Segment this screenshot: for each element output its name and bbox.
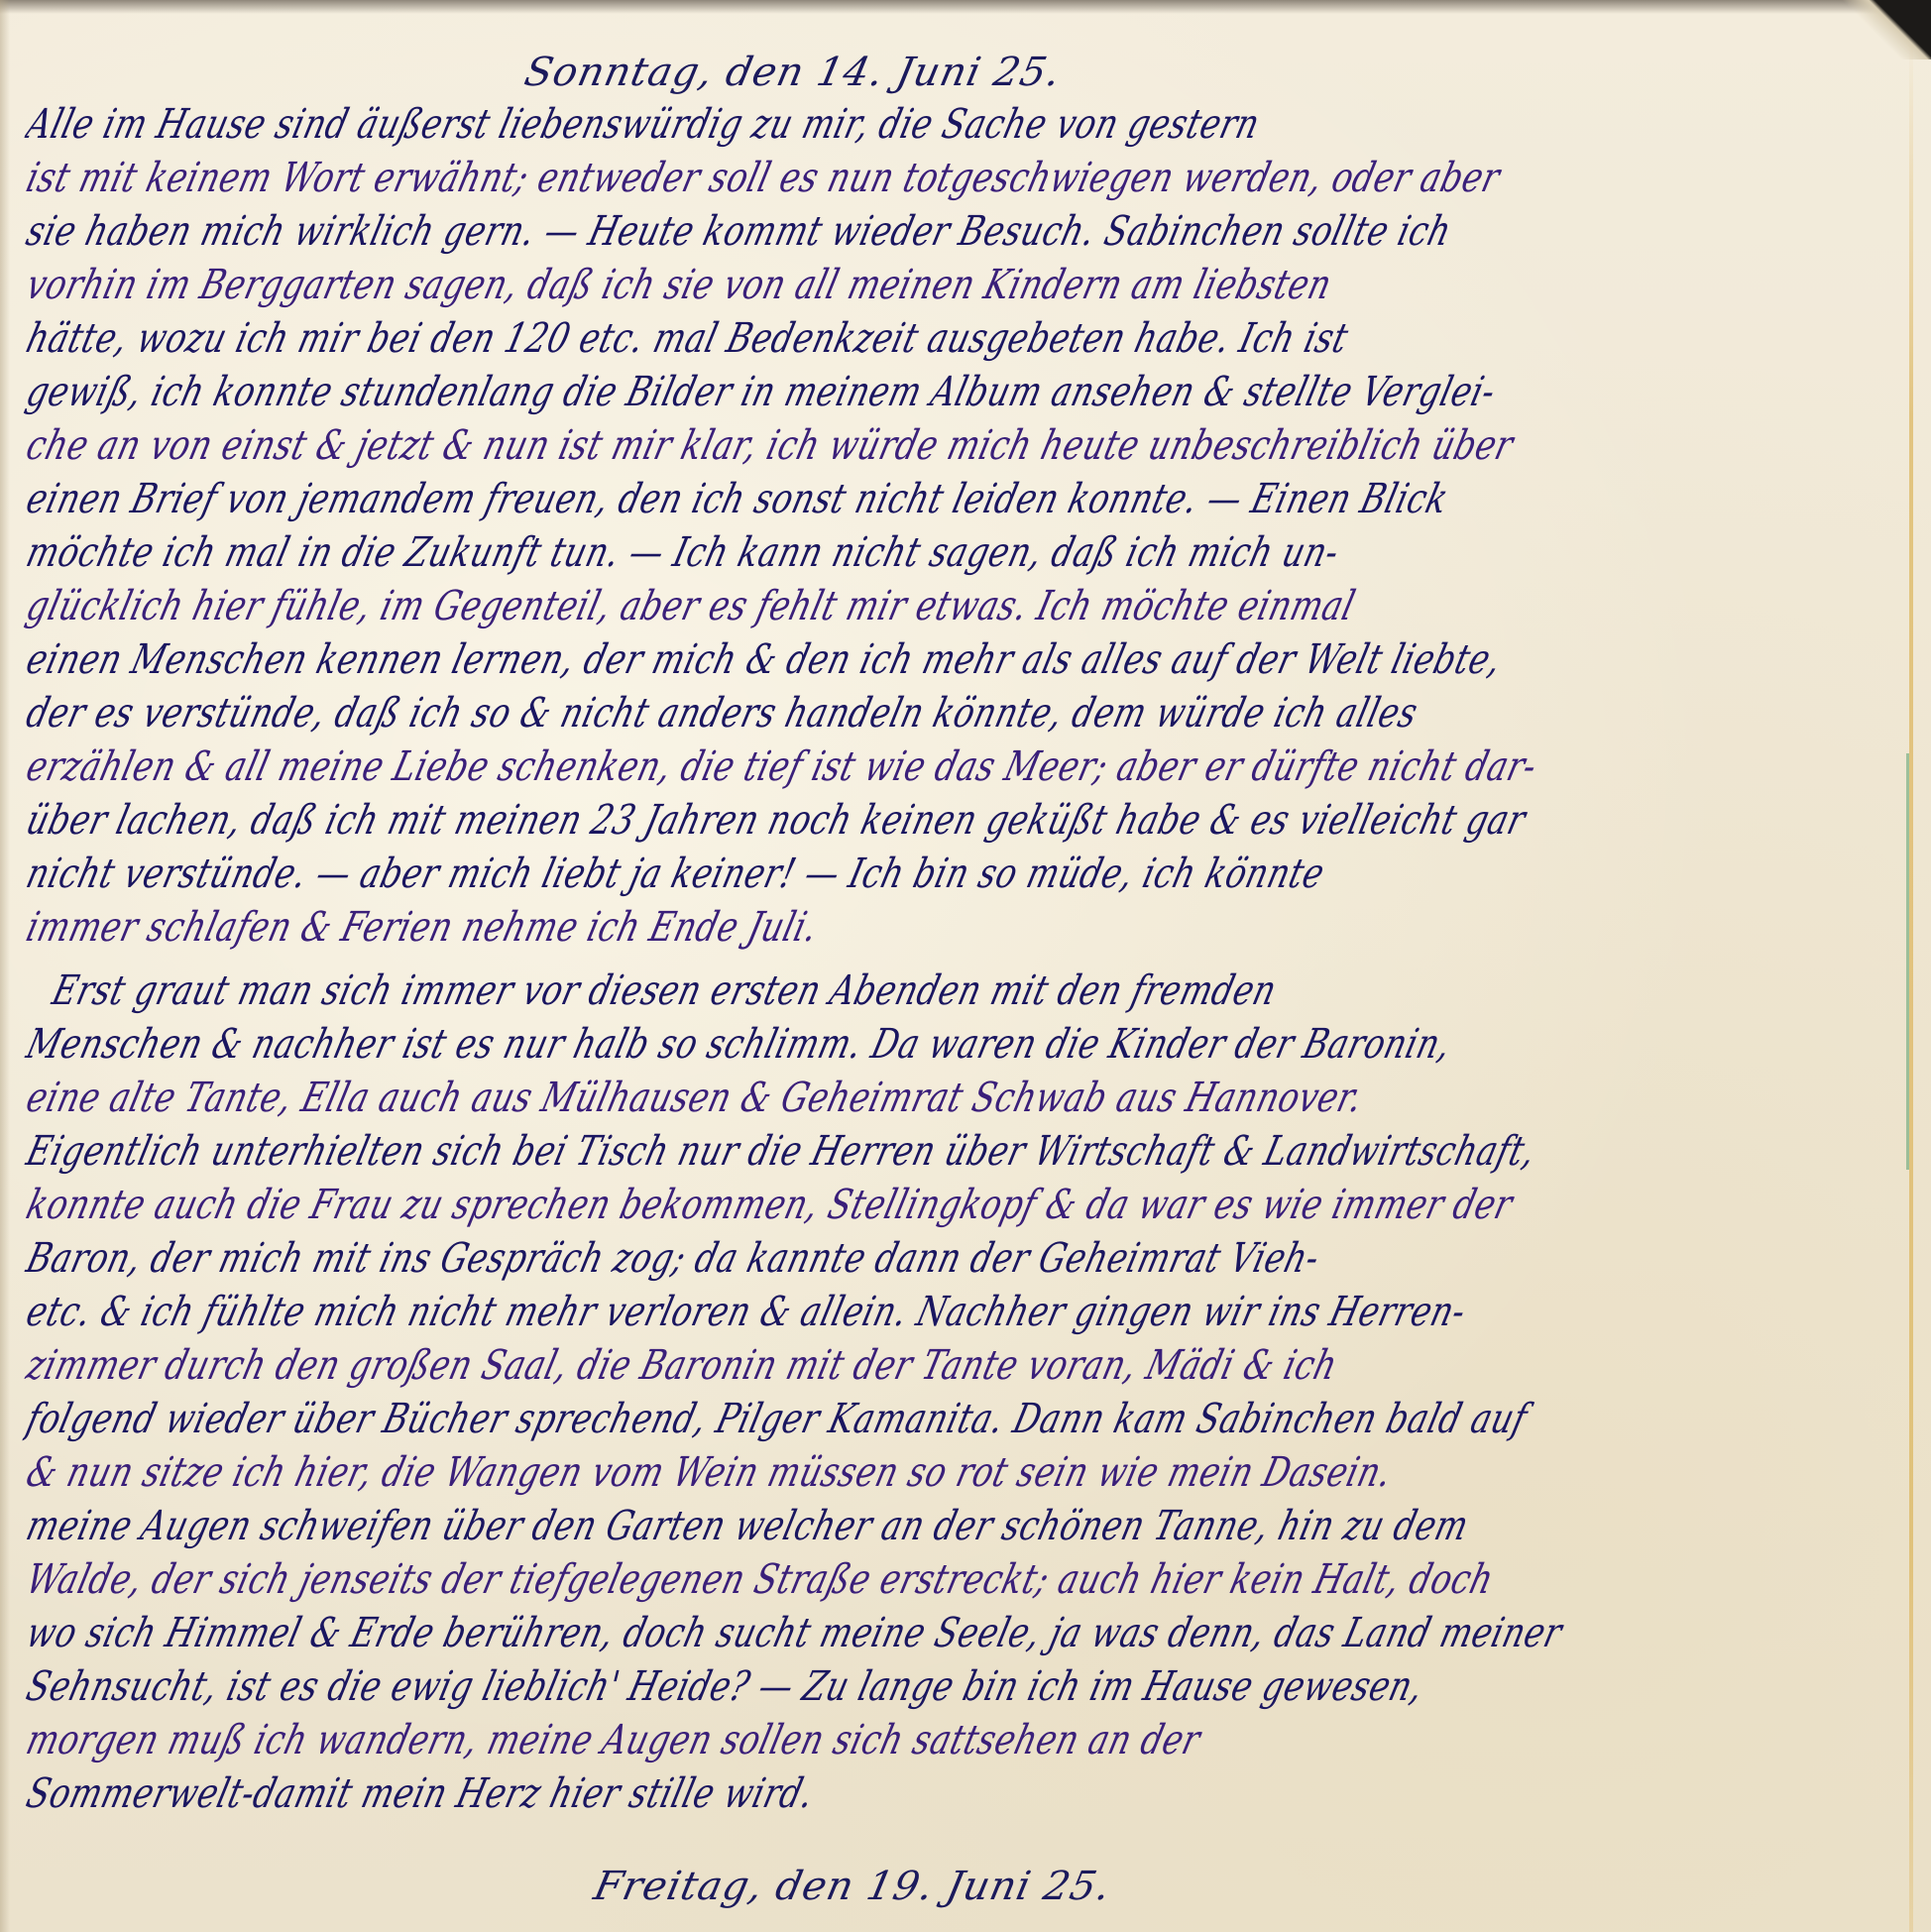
diary-line: Alle im Hause sind äußerst liebenswürdig… xyxy=(22,99,1897,148)
diary-line: möchte ich mal in die Zukunft tun. — Ich… xyxy=(22,527,1897,576)
diary-line: konnte auch die Frau zu sprechen bekomme… xyxy=(22,1180,1897,1228)
diary-line: wo sich Himmel & Erde berühren, doch suc… xyxy=(22,1608,1897,1656)
diary-line: Erst graut man sich immer vor diesen ers… xyxy=(48,966,1923,1014)
diary-line: immer schlafen & Ferien nehme ich Ende J… xyxy=(22,902,1897,951)
diary-line: Eigentlich unterhielten sich bei Tisch n… xyxy=(22,1126,1897,1175)
diary-line: eine alte Tante, Ella auch aus Mülhausen… xyxy=(22,1073,1897,1121)
diary-line: einen Menschen kennen lernen, der mich &… xyxy=(22,634,1897,683)
page-top-shadow xyxy=(0,0,1931,14)
diary-line: Menschen & nachher ist es nur halb so sc… xyxy=(22,1019,1897,1068)
entry-heading-sunday: Sonntag, den 14. Juni 25. xyxy=(520,50,1066,95)
diary-line: Sommerwelt-damit mein Herz hier stille w… xyxy=(22,1768,1897,1817)
diary-line: über lachen, daß ich mit meinen 23 Jahre… xyxy=(22,795,1897,844)
diary-line: & nun sitze ich hier, die Wangen vom Wei… xyxy=(22,1447,1897,1496)
diary-line: einen Brief von jemandem freuen, den ich… xyxy=(22,474,1897,522)
diary-line: erzählen & all meine Liebe schenken, die… xyxy=(22,741,1897,790)
diary-line: morgen muß ich wandern, meine Augen soll… xyxy=(22,1715,1897,1763)
diary-line: Baron, der mich mit ins Gespräch zog; da… xyxy=(22,1233,1897,1282)
diary-line: sie haben mich wirklich gern. — Heute ko… xyxy=(22,206,1897,255)
diary-line: Sehnsucht, ist es die ewig lieblich' Hei… xyxy=(22,1661,1897,1710)
page-left-edge xyxy=(0,0,10,1932)
diary-line: zimmer durch den großen Saal, die Baroni… xyxy=(22,1340,1897,1389)
diary-line: glücklich hier fühle, im Gegenteil, aber… xyxy=(22,581,1897,629)
diary-line: etc. & ich fühlte mich nicht mehr verlor… xyxy=(22,1287,1897,1335)
diary-line: vorhin im Berggarten sagen, daß ich sie … xyxy=(22,260,1897,308)
diary-line: che an von einst & jetzt & nun ist mir k… xyxy=(22,420,1897,469)
page-edge-stain xyxy=(1906,753,1909,1170)
diary-line: folgend wieder über Bücher sprechend, Pi… xyxy=(22,1394,1897,1442)
diary-line: gewiß, ich konnte stundenlang die Bilder… xyxy=(22,367,1897,415)
diary-line: Walde, der sich jenseits der tiefgelegen… xyxy=(22,1554,1897,1603)
diary-line: hätte, wozu ich mir bei den 120 etc. mal… xyxy=(22,313,1897,362)
diary-page: Sonntag, den 14. Juni 25. Alle im Hause … xyxy=(0,0,1931,1932)
diary-line: der es verstünde, daß ich so & nicht and… xyxy=(22,688,1897,737)
page-corner-fold xyxy=(1842,0,1931,59)
entry-heading-friday: Freitag, den 19. Juni 25. xyxy=(590,1864,1115,1909)
diary-line: meine Augen schweifen über den Garten we… xyxy=(22,1501,1897,1549)
diary-line: ist mit keinem Wort erwähnt; entweder so… xyxy=(22,153,1897,201)
diary-line: nicht verstünde. — aber mich liebt ja ke… xyxy=(22,849,1897,897)
